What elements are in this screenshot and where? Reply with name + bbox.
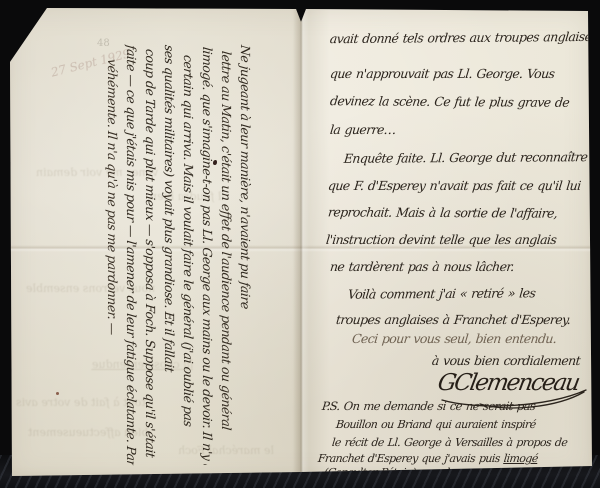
letter-photograph: 27 Sept 1929 48 venez me voir demain il … bbox=[0, 0, 600, 488]
handwritten-line: devinez la scène. Ce fut le plus grave d… bbox=[329, 93, 570, 111]
handwritten-line: que n'approuvait pas Ll. George. Vous bbox=[329, 66, 555, 82]
handwritten-line: Ne jugeant à leur manière, n'avaient pu … bbox=[236, 44, 255, 466]
handwritten-line: coup de Tarde qui plut mieux — s'opposa … bbox=[141, 44, 160, 466]
ink-speck bbox=[56, 392, 59, 395]
handwritten-line: Voilà comment j'ai « retiré » les bbox=[347, 285, 536, 302]
handwritten-line: que F. d'Esperey n'avait pas fait ce qu'… bbox=[327, 178, 581, 194]
handwritten-line: ses qualités militaires) voyait plus gra… bbox=[160, 44, 179, 466]
handwritten-line: lettre au Matin, c'était un effet de l'a… bbox=[217, 44, 236, 466]
center-fold-crease bbox=[293, 8, 309, 474]
handwritten-line: troupes anglaises à Franchet d'Esperey. bbox=[335, 312, 571, 328]
handwritten-line: ne tardèrent pas à nous lâcher. bbox=[329, 259, 515, 275]
postscript-line: P.S. On me demande si ce ne serait pas bbox=[321, 399, 536, 413]
handwritten-line: l'instruction devint telle que les angla… bbox=[325, 232, 557, 248]
handwritten-line: reprochait. Mais à la sortie de l'affair… bbox=[327, 204, 558, 221]
postscript-line: le récit de Ll. George à Versailles à pr… bbox=[331, 436, 568, 449]
handwritten-line: certain qui arriva. Mais il voulait fair… bbox=[179, 44, 198, 466]
handwritten-line: faite — ce que j'étais mis pour — l'amen… bbox=[122, 44, 141, 466]
postscript-line: Franchet d'Esperey que j'avais puis limo… bbox=[317, 452, 538, 465]
underlined-word: limogé bbox=[503, 452, 538, 465]
postscript-line: Bouillon ou Briand qui auraient inspiré bbox=[335, 418, 536, 431]
handwritten-line: avait donné tels ordres aux troupes angl… bbox=[329, 29, 600, 47]
postscript-text: Franchet d'Esperey que j'avais puis bbox=[317, 452, 504, 465]
handwritten-line: la guerre… bbox=[329, 122, 396, 138]
handwritten-line-faint: Ceci pour vous seul, bien entendu. bbox=[351, 331, 557, 347]
handwritten-line: Enquête faite. Ll. George dut reconnaîtr… bbox=[343, 149, 588, 167]
handwritten-line: véhémente. Il n'a qu'à ne pas me pardonn… bbox=[103, 44, 122, 466]
handwritten-line: limogé. que s'imagine-t-on pas Ll. Georg… bbox=[198, 44, 217, 466]
closing-salutation: à vous bien cordialement bbox=[431, 353, 581, 368]
letter-paper: 27 Sept 1929 48 venez me voir demain il … bbox=[0, 0, 600, 488]
left-page-rotated-text: Ne jugeant à leur manière, n'avaient pu … bbox=[103, 45, 255, 465]
